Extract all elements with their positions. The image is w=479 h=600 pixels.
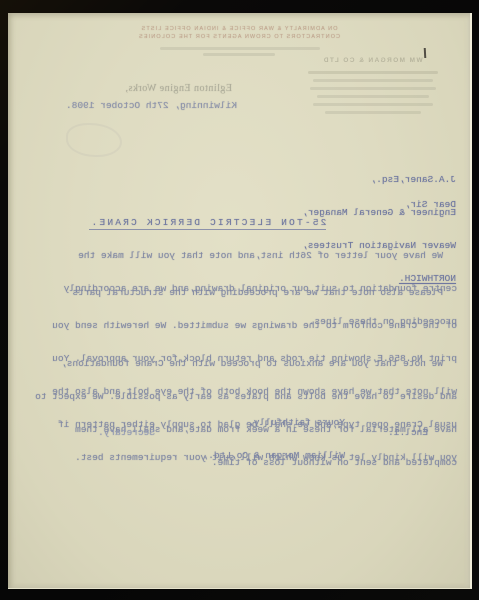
- salutation: Dear Sir,: [405, 199, 456, 210]
- signature-block: Yours faithfully, William Morgan & Co,Lt…: [202, 395, 345, 483]
- letterhead-address-line: [317, 95, 429, 98]
- body-line: of the Crane conform to the drawings we …: [17, 320, 457, 331]
- letterhead-address-line: [308, 71, 438, 74]
- valediction: Yours faithfully,: [202, 417, 345, 428]
- letterhead-address-line: [313, 103, 433, 106]
- body-line: We note that you are anxious to proceed …: [17, 358, 457, 369]
- letterhead-address-line: [313, 79, 433, 82]
- letterhead-admiralty-line-2: CONTRACTORS TO CROWN AGENTS FOR THE COLO…: [8, 34, 470, 41]
- recipient-name: J.A.Saner,Esq.,: [302, 174, 456, 185]
- scanned-letter-photo: ON ADMIRALTY & WAR OFFICE & INDIAN OFFIC…: [0, 0, 479, 600]
- ink-speck: [424, 48, 427, 58]
- body-line: Please also note that we are proceeding …: [17, 287, 457, 298]
- letterhead-address-line: [325, 111, 421, 114]
- letterhead-faint-rule: [160, 47, 320, 50]
- mirrored-letter-content: ON ADMIRALTY & WAR OFFICE & INDIAN OFFIC…: [8, 13, 470, 588]
- letter-paper: ON ADMIRALTY & WAR OFFICE & INDIAN OFFIC…: [8, 13, 472, 589]
- letterhead-faint-rule: [203, 53, 275, 56]
- signature-company: William Morgan & Co,Ltd.,: [202, 450, 345, 461]
- signer-title: Secretary.: [98, 427, 155, 438]
- enclosure-note: Encl.1.: [388, 427, 428, 438]
- faint-smudge: [66, 123, 122, 157]
- letterhead-company-name: WM MORGAN & CO LTD: [300, 57, 445, 64]
- letterhead-works-name: Eglinton Engine Works,: [72, 83, 232, 94]
- letterhead-admiralty-line-1: ON ADMIRALTY & WAR OFFICE & INDIAN OFFIC…: [8, 26, 470, 33]
- date-line: Kilwinning, 27th October 1908.: [66, 100, 237, 111]
- letterhead-address-line: [310, 87, 436, 90]
- body-line: We have your letter of 26th inst,and not…: [17, 250, 457, 261]
